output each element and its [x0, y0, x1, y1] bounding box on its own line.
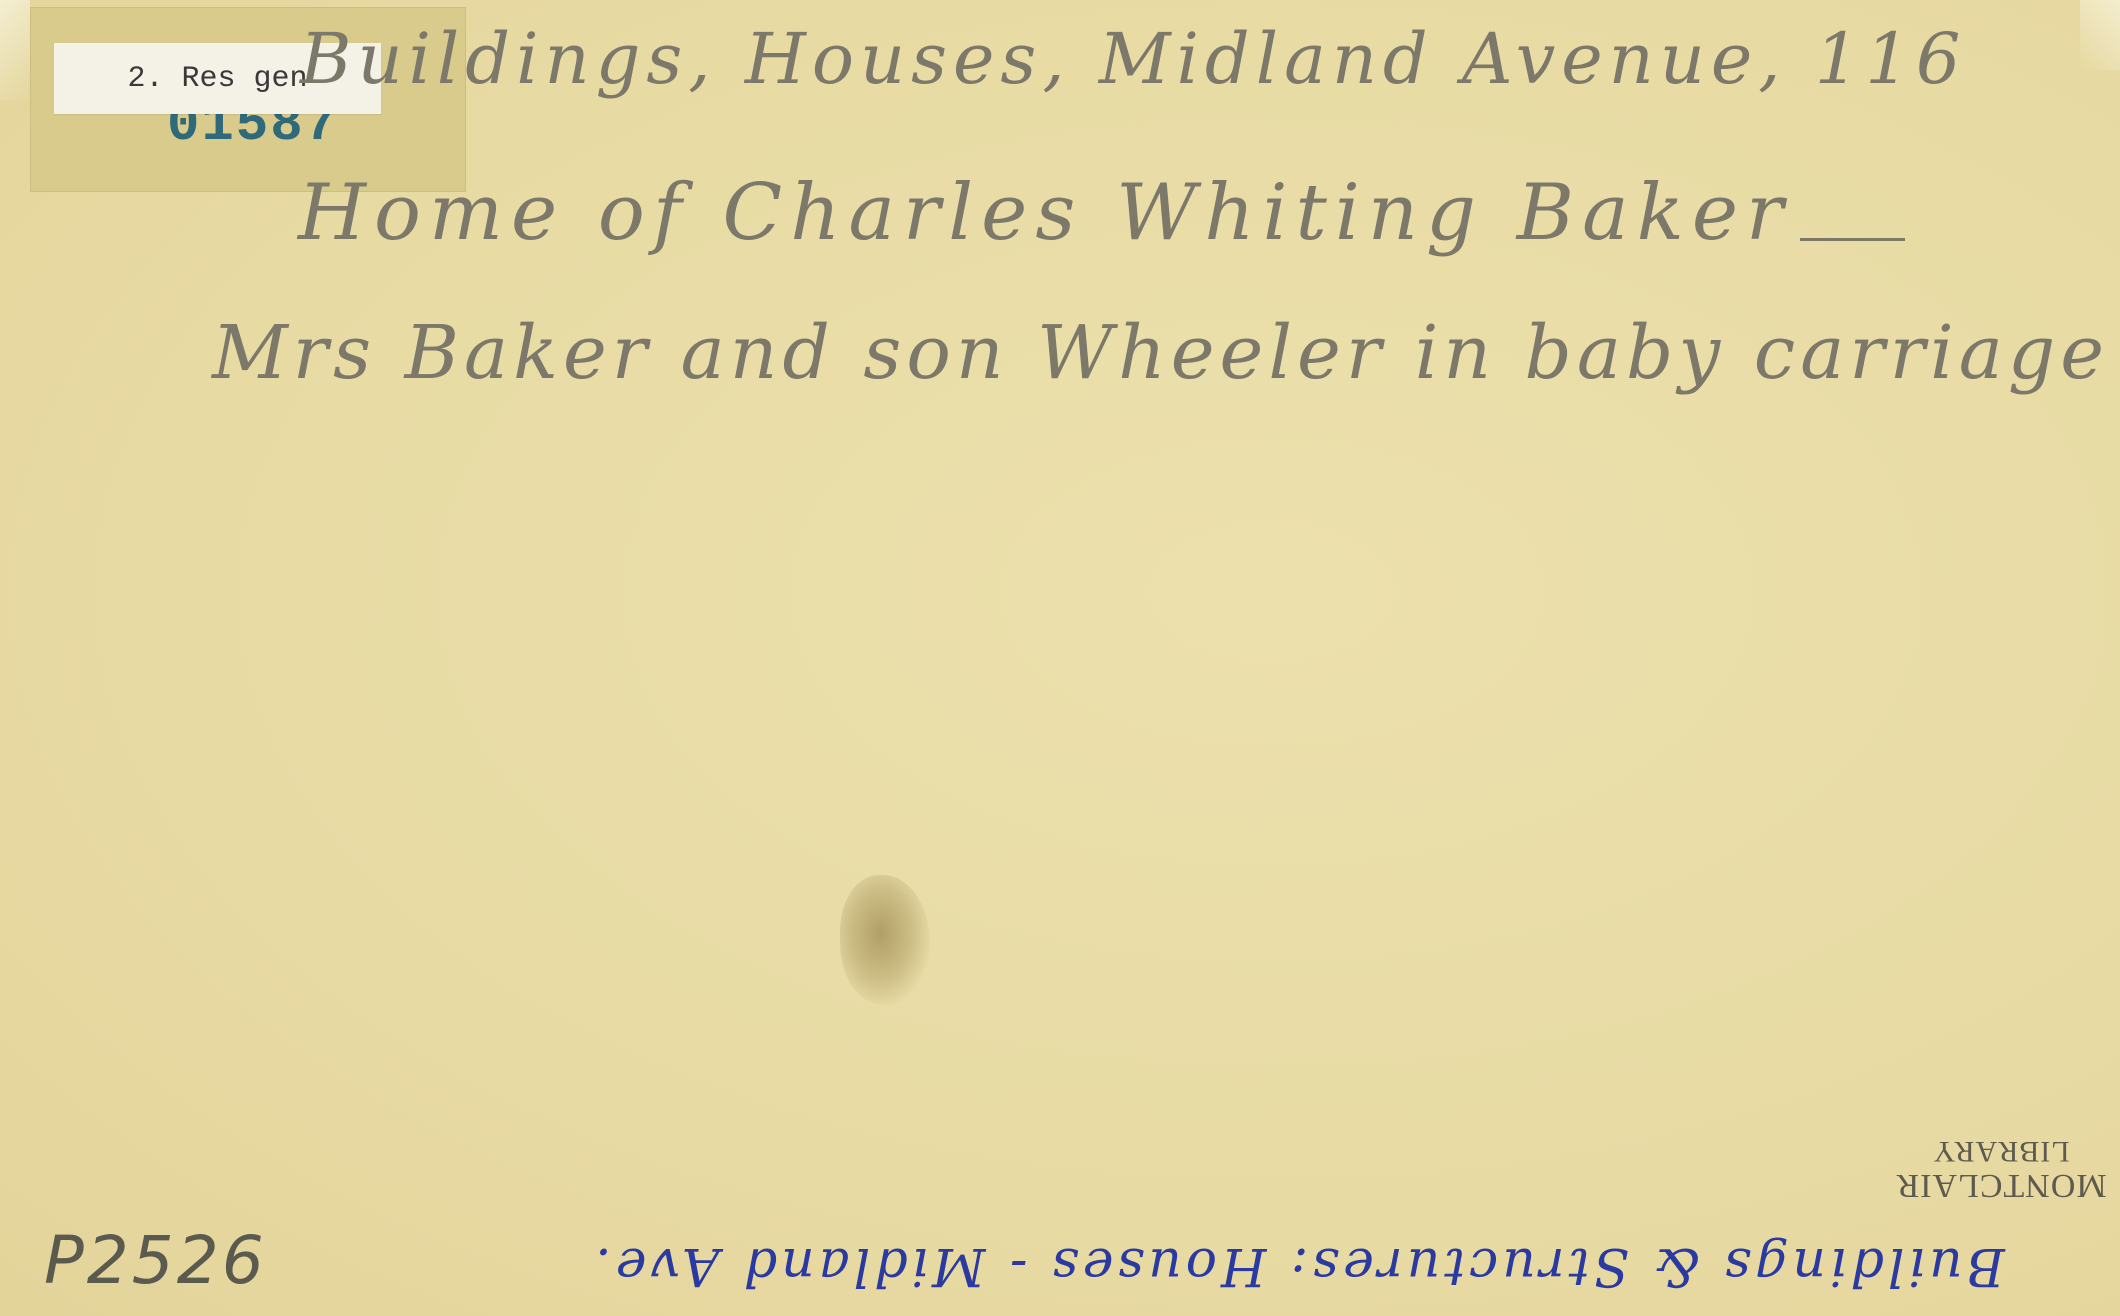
paper-stain [840, 875, 930, 1005]
corner-crease [2080, 0, 2120, 70]
bottom-inscription: Buildings & Structures: Houses - Midland… [487, 1236, 2109, 1296]
photo-card-back: 01587 2. Res gen Buildings, Houses, Midl… [0, 0, 2120, 1316]
handwritten-line-2: Home of Charles Whiting Baker [298, 168, 1791, 258]
corner-crease [0, 0, 30, 100]
stamp-line-1: MONTCLAIR [1893, 1168, 2109, 1204]
handwritten-underline [1800, 238, 1905, 241]
typed-label-text: 2. Res gen [127, 62, 307, 96]
stamp-line-2: LIBRARY [1893, 1136, 2109, 1168]
library-stamp: MONTCLAIR LIBRARY [1893, 1136, 2109, 1203]
handwritten-line-1: Buildings, Houses, Midland Avenue, 116 [300, 18, 1966, 100]
handwritten-line-3: Mrs Baker and son Wheeler in baby carria… [212, 310, 2109, 396]
accession-number: P2526 [44, 1222, 267, 1299]
